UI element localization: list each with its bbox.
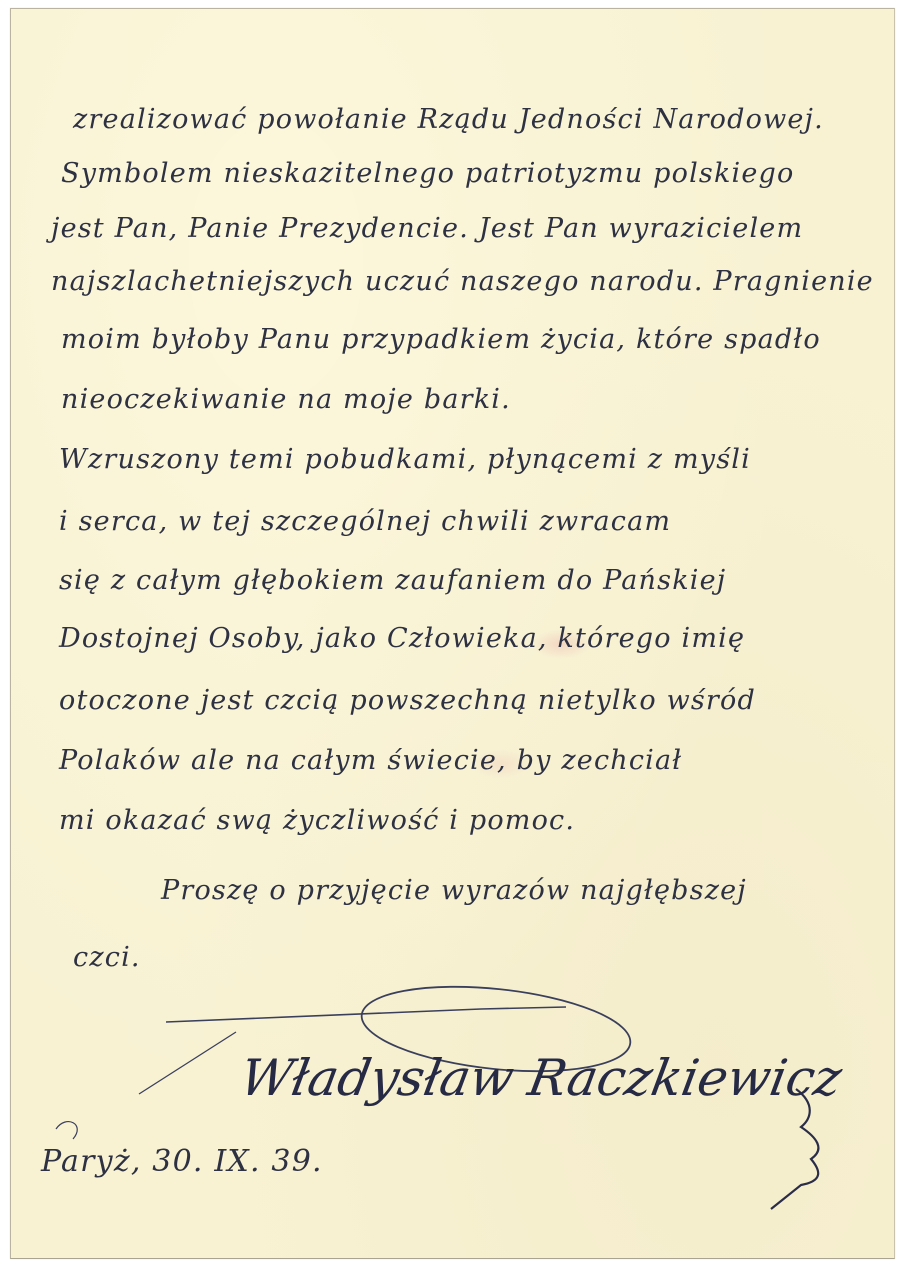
letter-paper: zrealizować powołanie Rządu Jedności Nar… [10,8,895,1259]
page: zrealizować powołanie Rządu Jedności Nar… [0,0,900,1267]
letter-line: Polaków ale na całym świecie, by zechcia… [59,745,682,776]
letter-line: nieoczekiwanie na moje barki. [61,384,511,415]
letter-line: czci. [73,942,141,973]
letter-line: Symbolem nieskazitelnego patriotyzmu pol… [61,158,795,189]
letter-line: najszlachetniejszych uczuć naszego narod… [51,266,874,297]
letter-line: jest Pan, Panie Prezydencie. Jest Pan wy… [51,213,803,244]
letter-line: otoczone jest czcią powszechną nietylko … [59,685,756,716]
place-and-date: Paryż, 30. IX. 39. [41,1144,323,1179]
signature: Władysław Raczkiewicz [236,1049,846,1107]
letter-line: Proszę o przyjęcie wyrazów najgłębszej [161,875,747,906]
letter-line: i serca, w tej szczególnej chwili zwraca… [59,506,671,537]
letter-line: się z całym głębokiem zaufaniem do Pańsk… [59,565,726,596]
letter-line: moim byłoby Panu przypadkiem życia, któr… [61,324,821,355]
letter-line: mi okazać swą życzliwość i pomoc. [59,805,575,836]
letter-line: Wzruszony temi pobudkami, płynącemi z my… [59,444,751,475]
letter-line: Dostojnej Osoby, jako Człowieka, którego… [59,623,745,654]
letter-line: zrealizować powołanie Rządu Jedności Nar… [73,104,853,135]
